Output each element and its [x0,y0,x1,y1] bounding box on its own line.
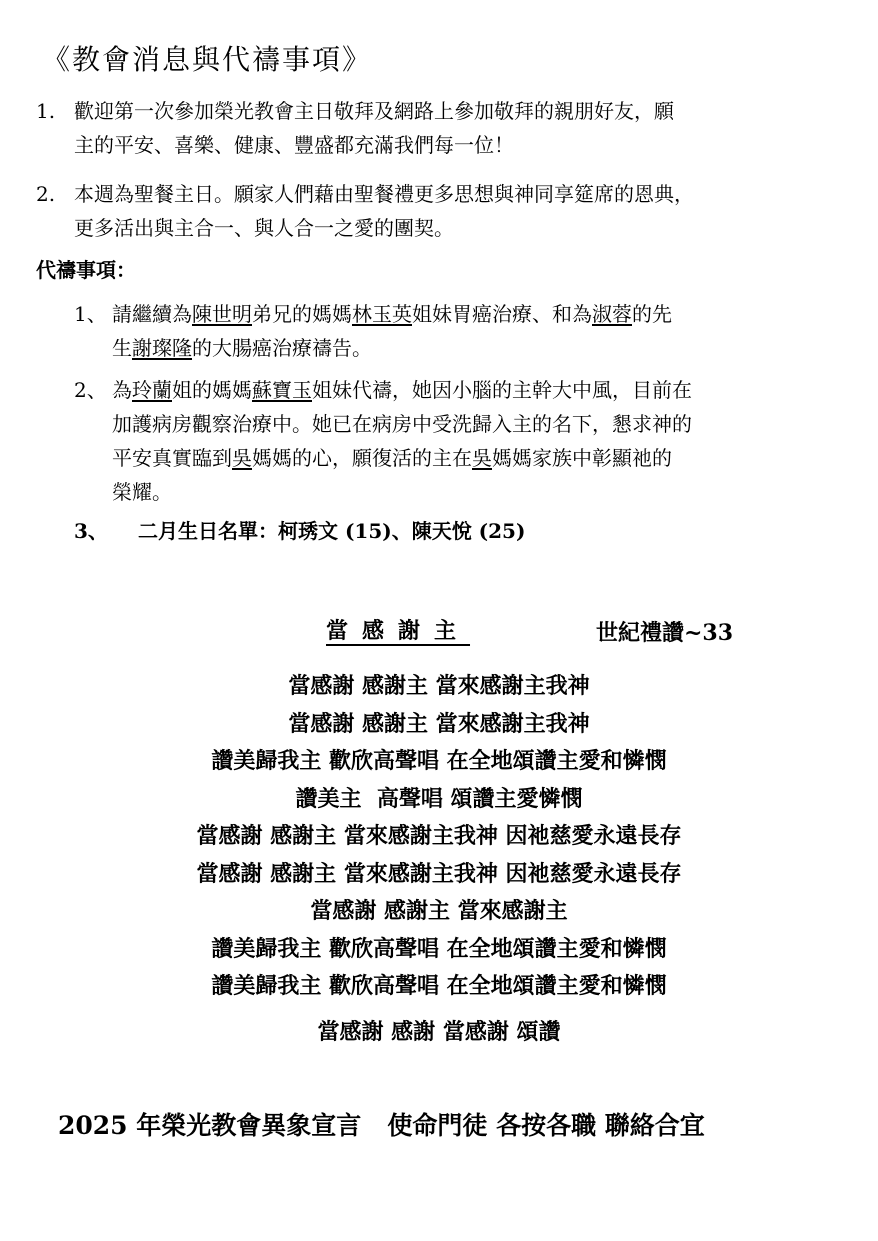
prayer-text: 的先 [632,302,672,326]
lyric-line: 當感謝 感謝主 當來感謝主我神 因祂慈愛永遠長存 [0,818,878,856]
announcement-text: 主的平安、喜樂、健康、豐盛都充滿我們每一位！ [74,133,514,157]
announcement-2: 2.本週為聖餐主日。願家人們藉由聖餐禮更多思想與神同享筵席的恩典， 更多活出與主… [36,177,694,245]
prayer-text: 榮耀。 [112,480,172,504]
prayer-text: 姐妹代禱，她因小腦的主幹大中風，目前在 [312,378,692,402]
person-name: 淑蓉 [592,302,632,326]
prayer-text: 加護病房觀察治療中。她已在病房中受洗歸入主的名下，懇求神的 [112,412,692,436]
prayer-text: 的大腸癌治療禱告。 [192,336,372,360]
announcement-number: 1. [36,94,74,128]
person-name: 蘇寶玉 [252,378,312,402]
prayer-heading: 代禱事項： [36,254,136,283]
prayer-text: 請繼續為 [112,302,192,326]
announcement-text: 本週為聖餐主日。願家人們藉由聖餐禮更多思想與神同享筵席的恩典， [74,182,694,206]
hymn-reference: 世紀禮讚~33 [596,616,733,647]
prayer-number: 1、 [74,297,112,331]
lyric-line: 當感謝 感謝主 當來感謝主我神 [0,706,878,744]
hymn-lyrics: 當感謝 感謝主 當來感謝主我神 當感謝 感謝主 當來感謝主我神 讚美歸我主 歡欣… [0,668,878,1051]
prayer-item-1: 1、請繼續為陳世明弟兄的媽媽林玉英姐妹胃癌治療、和為淑蓉的先 生謝璨隆的大腸癌治… [74,297,672,365]
prayer-text: 為 [112,378,132,402]
prayer-text: 媽媽家族中彰顯祂的 [492,446,672,470]
prayer-text: 平安真實臨到 [112,446,232,470]
prayer-number: 3、 [74,514,138,548]
prayer-text: 弟兄的媽媽 [252,302,352,326]
announcement-text: 歡迎第一次參加榮光教會主日敬拜及網路上參加敬拜的親朋好友，願 [74,99,674,123]
lyric-line: 當感謝 感謝主 當來感謝主我神 [0,668,878,706]
person-name: 林玉英 [352,302,412,326]
lyric-line: 讚美歸我主 歡欣高聲唱 在全地頌讚主愛和憐憫 [0,968,878,1006]
person-name: 謝璨隆 [132,336,192,360]
prayer-number: 2、 [74,373,112,407]
vision-statement: 2025 年榮光教會異象宣言 使命門徒 各按各職 聯絡合宜 [58,1106,705,1142]
prayer-text: 生 [112,336,132,360]
announcement-text: 更多活出與主合一、與人合一之愛的團契。 [74,216,454,240]
hymn-title: 當感謝主 [326,614,470,645]
lyric-line: 當感謝 感謝主 當來感謝主 [0,893,878,931]
lyric-line: 讚美歸我主 歡欣高聲唱 在全地頌讚主愛和憐憫 [0,743,878,781]
person-name: 吳 [232,446,252,470]
page-title: 《教會消息與代禱事項》 [42,38,372,78]
lyric-line: 當感謝 感謝主 當來感謝主我神 因祂慈愛永遠長存 [0,856,878,894]
lyric-line: 讚美歸我主 歡欣高聲唱 在全地頌讚主愛和憐憫 [0,931,878,969]
prayer-item-2: 2、為玲蘭姐的媽媽蘇寶玉姐妹代禱，她因小腦的主幹大中風，目前在 加護病房觀察治療… [74,373,692,509]
person-name: 玲蘭 [132,378,172,402]
person-name: 陳世明 [192,302,252,326]
lyric-closing: 當感謝 感謝 當感謝 頌讚 [0,1014,878,1052]
prayer-text: 姐的媽媽 [172,378,252,402]
lyric-line: 讚美主 高聲唱 頌讚主愛憐憫 [0,781,878,819]
prayer-text: 媽媽的心，願復活的主在 [252,446,472,470]
prayer-item-3: 3、二月生日名單：柯琇文 (15)、陳天悅 (25) [74,514,525,548]
announcement-number: 2. [36,177,74,211]
announcement-1: 1.歡迎第一次參加榮光教會主日敬拜及網路上參加敬拜的親朋好友，願 主的平安、喜樂… [36,94,674,162]
birthday-list: 二月生日名單：柯琇文 (15)、陳天悅 (25) [138,519,525,543]
person-name: 吳 [472,446,492,470]
prayer-text: 姐妹胃癌治療、和為 [412,302,592,326]
